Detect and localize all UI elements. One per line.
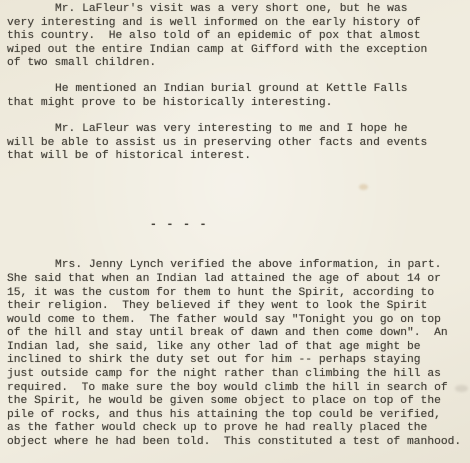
- text-line: wiped out the entire Indian camp at Giff…: [7, 44, 465, 58]
- text-line: just outside camp for the night rather t…: [7, 368, 465, 382]
- paper-stain-speck: [359, 184, 368, 190]
- text-line: He mentioned an Indian burial ground at …: [7, 83, 465, 97]
- paragraph-lafleur-visit: Mr. LaFleur's visit was a very short one…: [7, 3, 465, 71]
- text-line: as the father would check up to prove he…: [7, 422, 465, 436]
- text-line: inclined to shirk the duty set out for h…: [7, 354, 465, 368]
- text-line: that will be of historical interest.: [7, 150, 465, 164]
- text-line: object where he had been told. This cons…: [7, 436, 465, 450]
- paragraph-jenny-lynch: Mrs. Jenny Lynch verified the above info…: [7, 259, 465, 449]
- scanned-document-page: Mr. LaFleur's visit was a very short one…: [0, 0, 470, 463]
- text-line: She said that when an Indian lad attaine…: [7, 273, 465, 287]
- text-line: Mr. LaFleur's visit was a very short one…: [7, 3, 465, 17]
- text-line: 15, it was the custom for them to hunt t…: [7, 287, 465, 301]
- text-line: required. To make sure the boy would cli…: [7, 382, 465, 396]
- text-line: pile of rocks, and thus his attaining th…: [7, 409, 465, 423]
- paragraph-burial-ground: He mentioned an Indian burial ground at …: [7, 83, 465, 110]
- text-line: would come to them. The father would say…: [7, 314, 465, 328]
- text-line: Indian lad, she said, like any other lad…: [7, 341, 465, 355]
- paragraph-preserving-facts: Mr. LaFleur was very interesting to me a…: [7, 123, 465, 164]
- text-line: of the hill and stay until break of dawn…: [7, 327, 465, 341]
- text-line: of two small children.: [7, 57, 465, 71]
- text-line: the Spirit, he would be given some objec…: [7, 395, 465, 409]
- document-body: Mr. LaFleur's visit was a very short one…: [7, 3, 465, 462]
- text-line: this country. He also told of an epidemi…: [7, 30, 465, 44]
- text-line: their religion. They believed if they we…: [7, 300, 465, 314]
- paper-edge-smudge: [455, 385, 468, 392]
- text-line: will be able to assist us in preserving …: [7, 137, 465, 151]
- text-line: Mr. LaFleur was very interesting to me a…: [7, 123, 465, 137]
- text-line: Mrs. Jenny Lynch verified the above info…: [7, 259, 465, 273]
- dashed-section-divider: - - - -: [7, 219, 465, 233]
- text-line: that might prove to be historically inte…: [7, 97, 465, 111]
- text-line: very interesting and is well informed on…: [7, 17, 465, 31]
